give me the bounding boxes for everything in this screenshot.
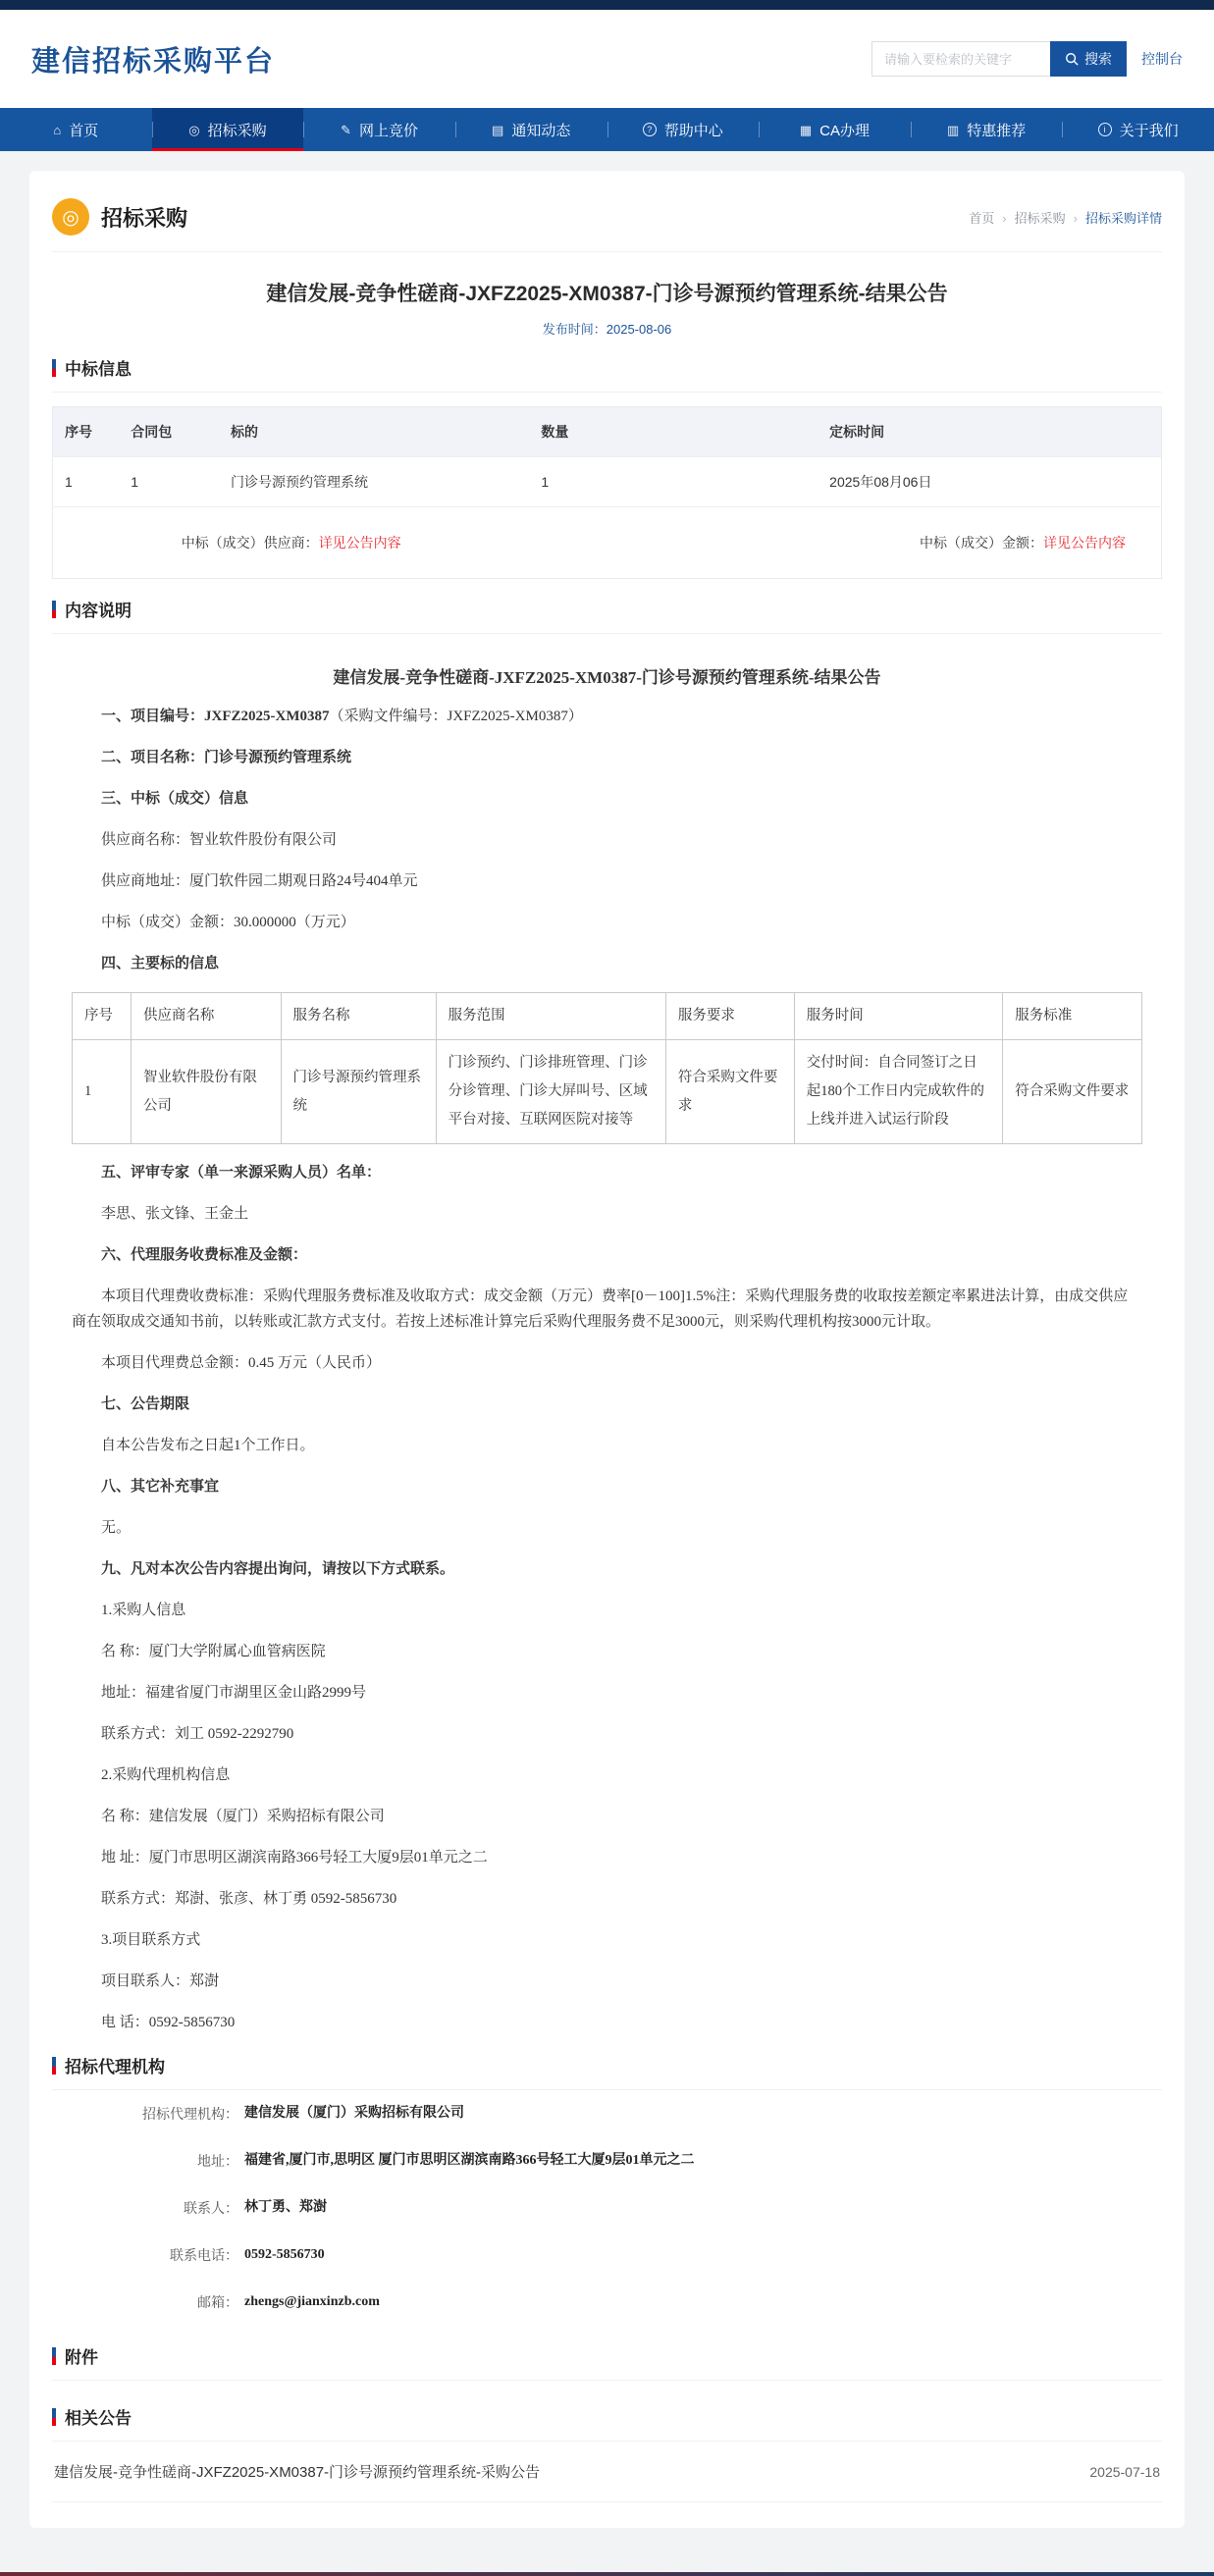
nav-item-label: 首页 [69, 120, 98, 140]
award-amount-value: 详见公告内容 [1043, 535, 1126, 551]
help-icon: ? [643, 123, 657, 136]
nav-item-promotions[interactable]: ▥ 特惠推荐 [911, 108, 1063, 151]
award-column-header: 序号 [53, 407, 120, 457]
table-row: 1智业软件股份有限公司门诊号源预约管理系统门诊预约、门诊排班管理、门诊分诊管理、… [73, 1040, 1142, 1144]
content-paragraph: 1.采购人信息 [72, 1598, 1142, 1623]
breadcrumb-item[interactable]: 首页 [969, 208, 994, 227]
target-icon: ◎ [188, 124, 199, 136]
service-table: 序号供应商名称服务名称服务范围服务要求服务时间服务标准 1智业软件股份有限公司门… [72, 992, 1142, 1144]
nav-item-label: 网上竞价 [359, 120, 418, 140]
site-header: 建信招标采购平台 搜索 控制台 [0, 10, 1214, 108]
content-paragraph: 九、凡对本次公告内容提出询问，请按以下方式联系。 [72, 1556, 1142, 1582]
agency-row: 招标代理机构： 建信发展（厦门）采购招标有限公司 [52, 2090, 1162, 2137]
content-paragraph: 一、项目编号：JXFZ2025-XM0387（采购文件编号：JXFZ2025-X… [72, 704, 1142, 729]
search-button[interactable]: 搜索 [1050, 41, 1127, 77]
console-link[interactable]: 控制台 [1141, 49, 1183, 69]
content-paragraph: 项目联系人：郑澍 [72, 1969, 1142, 1994]
search-button-label: 搜索 [1084, 49, 1112, 69]
search-input[interactable] [871, 41, 1050, 77]
content-paragraph: 李思、张文锋、王金土 [72, 1201, 1142, 1227]
content-paragraph: 五、评审专家（单一来源采购人员）名单： [72, 1160, 1142, 1185]
agency-row-value: 建信发展（厦门）采购招标有限公司 [244, 2102, 464, 2126]
nav-item-notices[interactable]: ▤ 通知动态 [455, 108, 607, 151]
content-paragraph: 四、主要标的信息 [72, 951, 1142, 976]
related-announcement-date: 2025-07-18 [1089, 2464, 1160, 2480]
nav-item-label: 关于我们 [1120, 120, 1179, 140]
site-logo: 建信招标采购平台 [31, 39, 275, 79]
promo-icon: ▥ [947, 124, 959, 136]
content-paragraph: 供应商名称：智业软件股份有限公司 [72, 827, 1142, 853]
agency-row-label: 招标代理机构： [52, 2102, 238, 2126]
notice-icon: ▤ [492, 124, 503, 136]
agency-row-label: 联系人： [52, 2196, 238, 2220]
content-paragraph: 名 称：建信发展（厦门）采购招标有限公司 [72, 1804, 1142, 1829]
page-title: 招标采购 [101, 202, 187, 233]
award-table-header: 序号合同包标的数量定标时间 [53, 407, 1162, 457]
award-table: 序号合同包标的数量定标时间 11门诊号源预约管理系统12025年08月06日 中… [52, 406, 1162, 579]
search-icon [1065, 52, 1079, 66]
main-nav: ⌂ 首页 ◎ 招标采购 ✎ 网上竞价 ▤ 通知动态 ? 帮助中心 ▦ CA办理 … [0, 108, 1214, 151]
gavel-icon: ✎ [341, 124, 351, 136]
agency-row-label: 联系电话： [52, 2243, 238, 2267]
agency-row: 联系电话： 0592-5856730 [52, 2232, 1162, 2279]
service-column-header: 服务标准 [1003, 993, 1142, 1040]
nav-item-label: CA办理 [819, 120, 870, 140]
content-paragraph: 七、公告期限 [72, 1392, 1142, 1417]
award-column-header: 标的 [219, 407, 529, 457]
service-column-header: 供应商名称 [131, 993, 281, 1040]
agency-row-value: zhengs@jianxinzb.com [244, 2290, 380, 2314]
award-column-header: 数量 [529, 407, 818, 457]
table-cell: 1 [529, 457, 818, 507]
content-paragraph: 联系方式：刘工 0592-2292790 [72, 1721, 1142, 1747]
nav-item-about[interactable]: i 关于我们 [1062, 108, 1214, 151]
content-paragraph: 联系方式：郑澍、张彦、林丁勇 0592-5856730 [72, 1886, 1142, 1912]
detail-card: ◎ 招标采购 首页招标采购招标采购详情 建信发展-竞争性磋商-JXFZ2025-… [29, 171, 1185, 2528]
document-title: 建信发展-竞争性磋商-JXFZ2025-XM0387-门诊号源预约管理系统-结果… [72, 663, 1142, 688]
announcement-body: 建信发展-竞争性磋商-JXFZ2025-XM0387-门诊号源预约管理系统-结果… [52, 663, 1162, 2035]
table-cell: 1 [73, 1040, 132, 1144]
service-column-header: 服务要求 [665, 993, 794, 1040]
agency-row: 邮箱： zhengs@jianxinzb.com [52, 2279, 1162, 2326]
content-paragraph: 供应商地址：厦门软件园二期观日路24号404单元 [72, 868, 1142, 894]
paragraphs-before-table: 一、项目编号：JXFZ2025-XM0387（采购文件编号：JXFZ2025-X… [72, 704, 1142, 976]
service-column-header: 服务时间 [794, 993, 1003, 1040]
nav-item-help[interactable]: ? 帮助中心 [607, 108, 760, 151]
search-area: 搜索 控制台 [871, 41, 1183, 77]
content-paragraph: 3.项目联系方式 [72, 1927, 1142, 1953]
attachments-empty [52, 2381, 1162, 2387]
service-column-header: 服务范围 [436, 993, 665, 1040]
award-amount-cell: 中标（成交）金额：详见公告内容 [529, 507, 1161, 579]
bidding-badge-icon: ◎ [52, 198, 89, 236]
table-cell: 1 [53, 457, 120, 507]
award-column-header: 合同包 [119, 407, 219, 457]
award-supplier-cell: 中标（成交）供应商：详见公告内容 [53, 507, 530, 579]
related-announcements: 建信发展-竞争性磋商-JXFZ2025-XM0387-门诊号源预约管理系统-采购… [52, 2442, 1162, 2502]
footer-top-edge [0, 2572, 1214, 2576]
agency-row-label: 邮箱： [52, 2290, 238, 2314]
nav-item-label: 特惠推荐 [967, 120, 1026, 140]
nav-item-home[interactable]: ⌂ 首页 [0, 108, 152, 151]
nav-item-bidding[interactable]: ◎ 招标采购 [152, 108, 304, 151]
service-column-header: 序号 [73, 993, 132, 1040]
service-column-header: 服务名称 [281, 993, 436, 1040]
content-paragraph: 自本公告发布之日起1个工作日。 [72, 1433, 1142, 1458]
table-cell: 智业软件股份有限公司 [131, 1040, 281, 1144]
section-content: 内容说明 [52, 597, 1162, 621]
publish-time-label: 发布时间： [543, 322, 607, 337]
table-cell: 符合采购文件要求 [665, 1040, 794, 1144]
breadcrumb-item[interactable]: 招标采购详情 [1066, 208, 1162, 227]
content-paragraph: 电 话：0592-5856730 [72, 2010, 1142, 2035]
divider [52, 392, 1162, 393]
nav-item-label: 帮助中心 [664, 120, 723, 140]
content-paragraph: 本项目代理费总金额：0.45 万元（人民币） [72, 1350, 1142, 1376]
content-paragraph: 六、代理服务收费标准及金额： [72, 1242, 1142, 1268]
related-announcement-link[interactable]: 建信发展-竞争性磋商-JXFZ2025-XM0387-门诊号源预约管理系统-采购… [54, 2461, 540, 2482]
content-paragraph: 中标（成交）金额：30.000000（万元） [72, 910, 1142, 935]
content-paragraph: 地 址：厦门市思明区湖滨南路366号轻工大厦9层01单元之二 [72, 1845, 1142, 1870]
award-summary-row: 中标（成交）供应商：详见公告内容 中标（成交）金额：详见公告内容 [53, 507, 1162, 579]
announcement-title: 建信发展-竞争性磋商-JXFZ2025-XM0387-门诊号源预约管理系统-结果… [101, 278, 1113, 307]
table-cell: 1 [119, 457, 219, 507]
table-row: 11门诊号源预约管理系统12025年08月06日 [53, 457, 1162, 507]
section-attachments: 附件 [52, 2343, 1162, 2368]
table-cell: 2025年08月06日 [818, 457, 1161, 507]
agency-row: 联系人： 林丁勇、郑澍 [52, 2184, 1162, 2232]
bottom-spacer [0, 2528, 1214, 2572]
breadcrumb-item[interactable]: 招标采购 [994, 208, 1065, 227]
nav-item-ca[interactable]: ▦ CA办理 [759, 108, 911, 151]
nav-item-online-bidding[interactable]: ✎ 网上竞价 [303, 108, 455, 151]
section-agency: 招标代理机构 [52, 2053, 1162, 2077]
ca-card-icon: ▦ [800, 124, 812, 136]
award-amount-label: 中标（成交）金额： [920, 535, 1043, 551]
agency-row: 地址： 福建省,厦门市,思明区 厦门市思明区湖滨南路366号轻工大厦9层01单元… [52, 2137, 1162, 2184]
table-cell: 交付时间：自合同签订之日起180个工作日内完成软件的上线并进入试运行阶段 [794, 1040, 1003, 1144]
content-paragraph: 2.采购代理机构信息 [72, 1762, 1142, 1788]
content-paragraph: 地址：福建省厦门市湖里区金山路2999号 [72, 1680, 1142, 1706]
section-award-info: 中标信息 [52, 355, 1162, 380]
table-cell: 门诊号源预约管理系统 [219, 457, 529, 507]
breadcrumb: 首页招标采购招标采购详情 [969, 208, 1162, 227]
service-table-header: 序号供应商名称服务名称服务范围服务要求服务时间服务标准 [73, 993, 1142, 1040]
content-paragraph: 无。 [72, 1515, 1142, 1541]
section-related: 相关公告 [52, 2404, 1162, 2429]
top-strip [0, 0, 1214, 10]
nav-item-label: 通知动态 [511, 120, 570, 140]
publish-time-value: 2025-08-06 [607, 322, 672, 337]
divider [52, 633, 1162, 634]
paragraphs-after-table: 五、评审专家（单一来源采购人员）名单： 李思、张文锋、王金土 六、代理服务收费标… [72, 1160, 1142, 2035]
agency-row-value: 福建省,厦门市,思明区 厦门市思明区湖滨南路366号轻工大厦9层01单元之二 [244, 2149, 695, 2173]
award-supplier-label: 中标（成交）供应商： [182, 535, 319, 551]
content-paragraph: 本项目代理费收费标准：采购代理服务费标准及收取方式：成交金额（万元）费率[0－1… [72, 1284, 1142, 1335]
content-paragraph: 名 称：厦门大学附属心血管病医院 [72, 1639, 1142, 1664]
related-announcement-row[interactable]: 建信发展-竞争性磋商-JXFZ2025-XM0387-门诊号源预约管理系统-采购… [52, 2442, 1162, 2502]
award-column-header: 定标时间 [818, 407, 1161, 457]
info-icon: i [1098, 123, 1112, 136]
publish-time: 发布时间：2025-08-06 [52, 319, 1162, 338]
home-icon: ⌂ [53, 124, 61, 136]
agency-row-value: 0592-5856730 [244, 2243, 325, 2267]
table-cell: 门诊预约、门诊排班管理、门诊分诊管理、门诊大屏叫号、区域平台对接、互联网医院对接… [436, 1040, 665, 1144]
nav-item-label: 招标采购 [208, 120, 267, 140]
content-paragraph: 二、项目名称：门诊号源预约管理系统 [72, 745, 1142, 770]
content-paragraph: 八、其它补充事宜 [72, 1474, 1142, 1499]
page-head: ◎ 招标采购 首页招标采购招标采购详情 [52, 190, 1162, 252]
table-cell: 符合采购文件要求 [1003, 1040, 1142, 1144]
agency-row-label: 地址： [52, 2149, 238, 2173]
content-paragraph: 三、中标（成交）信息 [72, 786, 1142, 812]
table-cell: 门诊号源预约管理系统 [281, 1040, 436, 1144]
agency-info: 招标代理机构： 建信发展（厦门）采购招标有限公司 地址： 福建省,厦门市,思明区… [52, 2090, 1162, 2326]
award-supplier-value: 详见公告内容 [319, 535, 401, 551]
agency-row-value: 林丁勇、郑澍 [244, 2196, 327, 2220]
